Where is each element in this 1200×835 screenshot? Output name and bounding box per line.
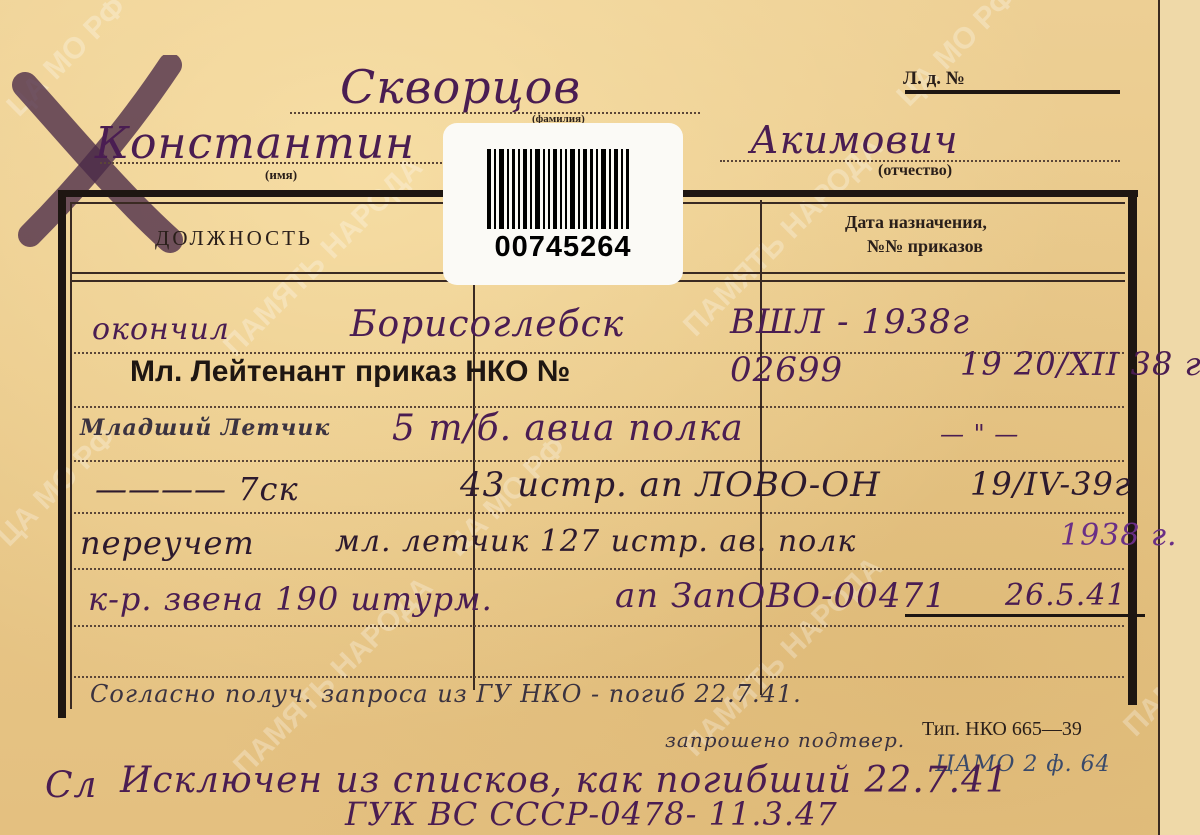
- exclusion-order: ГУК ВС СССР-0478- 11.3.47: [345, 795, 838, 833]
- entry-1-right: ВШЛ - 1938г: [730, 302, 970, 342]
- patronymic: Акимович: [750, 118, 959, 162]
- entry-1-mid: Борисоглебск: [350, 304, 624, 345]
- entry-4-mid: 43 истр. ап ЛОВО-ОН: [460, 465, 881, 505]
- entry-5-left: переучет: [80, 524, 255, 562]
- surname: Скворцов: [340, 60, 581, 114]
- entry-3-left: Младший Летчик: [80, 415, 330, 441]
- entry-3-right: — " —: [940, 420, 1019, 448]
- entry-2-order-number: 02699: [730, 350, 843, 390]
- barcode-sticker: 00745264: [443, 123, 683, 285]
- entry-2-mid: приказ НКО №: [355, 355, 570, 389]
- entry-1-left: окончил: [92, 312, 230, 347]
- date-column-header-line2: №№ приказов: [867, 236, 983, 257]
- barcode-number: 00745264: [443, 231, 683, 264]
- column-divider: [760, 200, 762, 695]
- entry-3-mid: 5 т/б. авиа полка: [392, 408, 744, 449]
- entry-4-left: ———— 7ск: [95, 470, 299, 508]
- entry-5-mid: мл. летчик 127 истр. ав. полк: [335, 524, 856, 559]
- form-code: Тип. НКО 665—39: [922, 718, 1082, 741]
- entry-6-right: 26.5.41: [1005, 578, 1127, 613]
- adjacent-card-edge: [1158, 0, 1200, 835]
- table-left-border: [58, 190, 66, 718]
- patronymic-caption: (отчество): [878, 162, 952, 180]
- watermark: ЦА МО РФ: [891, 0, 1024, 113]
- bottom-prefix: Сл: [45, 765, 97, 806]
- entry-5-right: 1938 г.: [1060, 518, 1178, 553]
- entry-2-date: 19 20/XII 38 г.: [960, 345, 1200, 383]
- position-column-header: ДОЛЖНОСТЬ: [155, 226, 313, 251]
- entry-6-mid: ап ЗапОВО-00471: [615, 576, 947, 616]
- table-right-border: [1128, 190, 1137, 705]
- entry-4-right: 19/IV-39г: [970, 465, 1131, 503]
- first-name-caption: (имя): [265, 167, 297, 183]
- request-note: запрошено подтвер.: [665, 728, 905, 752]
- entry-6-left: к-р. звена 190 штурм.: [88, 580, 493, 618]
- entry-2-left: Мл. Лейтенант: [130, 355, 346, 389]
- date-column-header: Дата назначения,: [845, 212, 987, 233]
- death-note: Согласно получ. запроса из ГУ НКО - поги…: [90, 680, 802, 708]
- personal-file-label: Л. д. №: [903, 68, 965, 90]
- barcode-icon: [487, 149, 643, 229]
- personnel-card: ЦА МО РФ ЦА МО РФ ЦА МО РФ ЦА МО РФ ПАМЯ…: [0, 0, 1200, 835]
